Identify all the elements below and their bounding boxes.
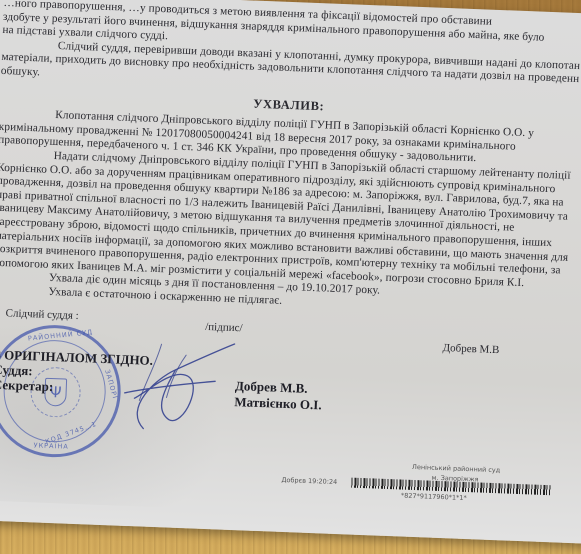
- judge-signature-label: Слідчий суддя :: [5, 307, 79, 322]
- certification-block: З ОРИГІНАЛОМ ЗГІДНО. Суддя: Секретар:: [0, 347, 153, 398]
- footer-print-mark: Добрєв 19:20:24: [281, 476, 337, 486]
- footer-court-name: Ленінський районний суд: [412, 463, 501, 474]
- signers-block: Добрев М.В. Матвієнко О.І.: [234, 378, 322, 413]
- document-footer: Ленінський районний суд м. Запоріжжя Доб…: [282, 458, 581, 470]
- stamp-bottom-text: УКРАЇНА: [33, 441, 68, 450]
- barcode-number: *827*9117960*1*1*: [401, 492, 467, 503]
- ruling-text-body: …ного правопорушення, …у проводиться з м…: [0, 0, 581, 319]
- judge-name: Добрев М.В: [442, 342, 499, 356]
- court-ruling-page: …ного правопорушення, …у проводиться з м…: [0, 0, 581, 544]
- signer-secretary: Матвієнко О.І.: [234, 394, 322, 413]
- signature-placeholder: /підпис/: [205, 321, 243, 334]
